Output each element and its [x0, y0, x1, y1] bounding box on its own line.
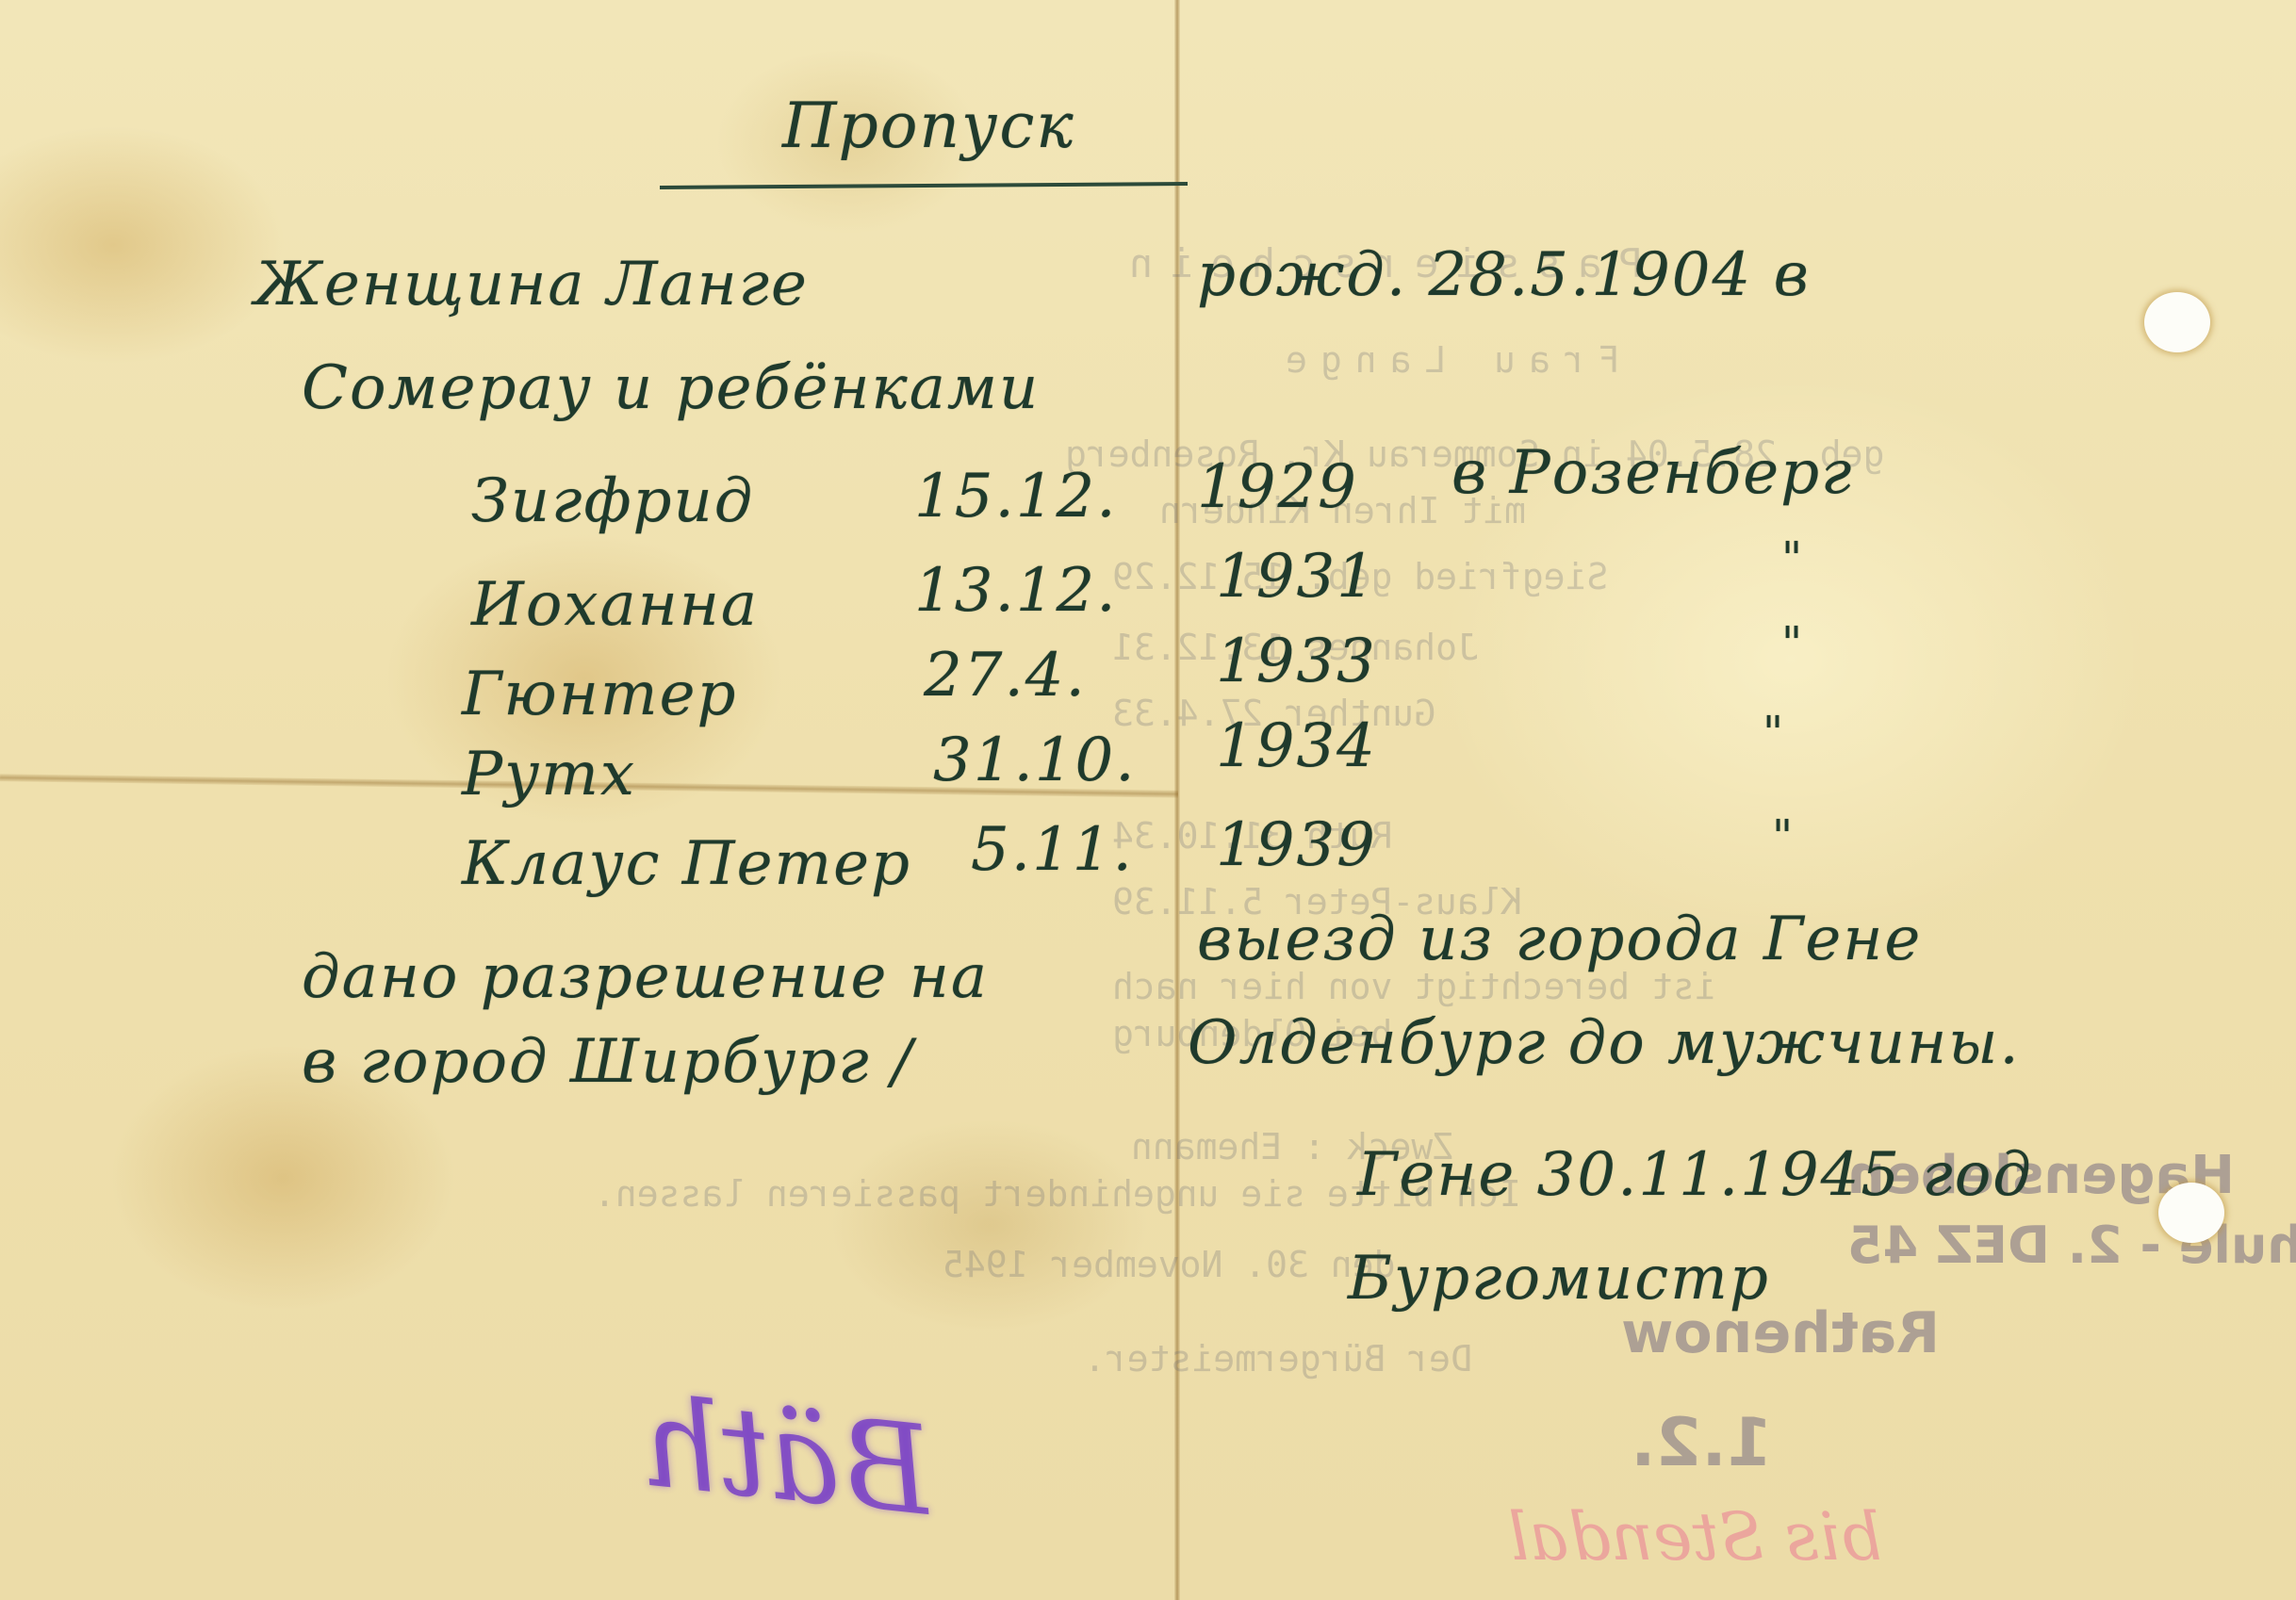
ditto-mark: " [1772, 810, 1795, 863]
signatory-title: Бургомистр [1348, 1244, 1770, 1314]
ditto-mark: " [1781, 617, 1804, 670]
child-year: 1939 [1216, 810, 1377, 880]
line-birth-date: рожд. 28.5.1904 в [1197, 240, 1811, 310]
stamp-red-annotation: bis Stendal [1508, 1498, 1882, 1576]
child-name: Зигфрид [471, 466, 754, 536]
child-year: 1934 [1216, 711, 1377, 781]
child-birthplace: в Розенберг [1451, 438, 1853, 508]
permission-line-1b: выезд из города Гене [1197, 905, 1922, 974]
stamp-grey-line: Schule - 2. DEZ 45 [1847, 1216, 2296, 1275]
punch-hole-top [2144, 292, 2210, 352]
child-year: 1933 [1216, 627, 1377, 696]
child-day-month: 5.11. [971, 815, 1134, 885]
ditto-mark: " [1781, 532, 1804, 585]
child-day-month: 31.10. [933, 726, 1137, 795]
child-name: Клаус Петер [462, 829, 911, 899]
place-and-date: Гене 30.11.1945 год [1357, 1140, 2033, 1210]
punch-hole-bottom [2158, 1183, 2224, 1243]
child-name: Рутх [462, 740, 636, 809]
child-year: 1931 [1216, 542, 1377, 612]
line-birthplace-children: Сомерау и ребёнками [302, 353, 1040, 423]
purple-ink-signature: Bäth [634, 1370, 939, 1543]
permission-line-2b: Олденбург до мужчины. [1188, 1008, 2021, 1078]
line-woman-name: Женщина Ланге [254, 250, 809, 319]
child-day-month: 27.4. [924, 641, 1087, 710]
bleed-line: Der Bürgermeister. [1084, 1338, 1472, 1380]
child-name: Иоханна [471, 570, 759, 640]
document-title: Пропуск [782, 90, 1075, 162]
permission-line-2a: в город Ширбург / [302, 1027, 914, 1097]
child-day-month: 15.12. [914, 462, 1118, 531]
bleed-line: Frau Lange [1272, 339, 1620, 381]
child-day-month: 13.12. [914, 556, 1118, 626]
child-name: Гюнтер [462, 660, 737, 729]
ditto-mark: " [1763, 707, 1785, 759]
child-year: 1929 [1197, 452, 1358, 522]
permission-line-1a: дано разрешение на [302, 942, 989, 1012]
stamp-grey-date: 1.2. [1631, 1404, 1773, 1481]
bleed-line: den 30. November 1945 [943, 1244, 1395, 1285]
